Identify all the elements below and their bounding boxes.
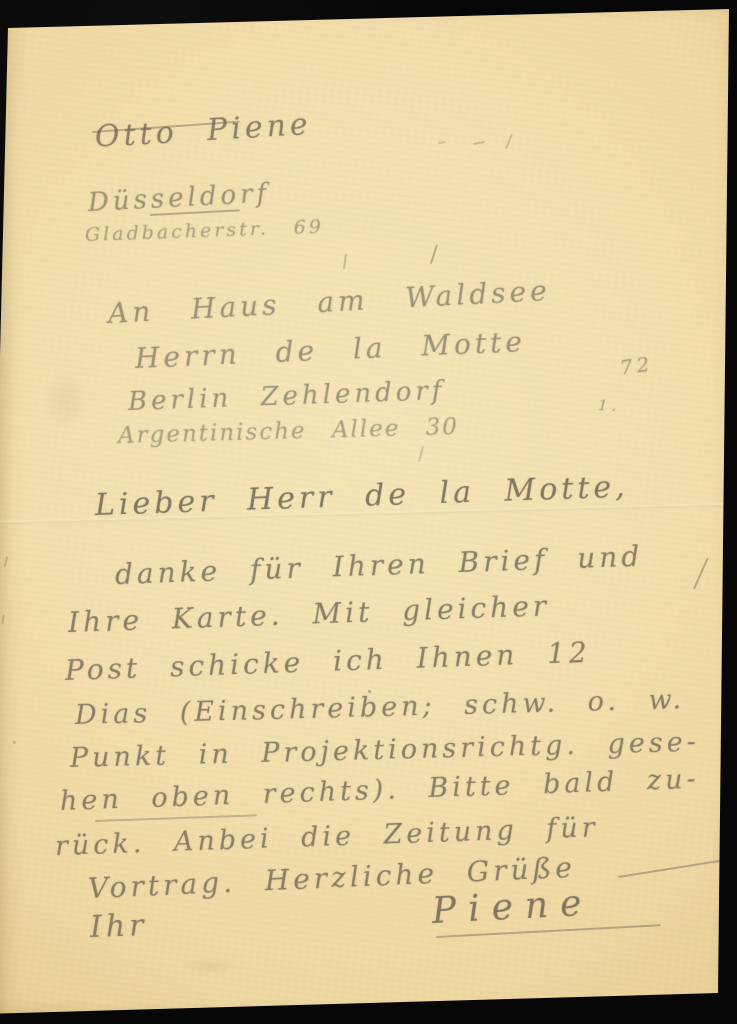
recipient-city: Berlin Zehlendorf	[127, 376, 445, 417]
red-ink-speck	[363, 14, 366, 15]
red-ink-speck	[298, 13, 303, 15]
red-ink-speck	[452, 9, 455, 11]
faint-pencil-mark: 1.	[597, 396, 621, 416]
body-line: Ihre Karte. Mit gleicher	[67, 589, 550, 639]
body-line: Dias (Einschreiben; schw. o. w.	[75, 684, 686, 731]
red-ink-speck	[478, 12, 483, 14]
recipient-street: Argentinische Allee 30	[118, 414, 460, 449]
red-ink-speck	[318, 15, 321, 17]
red-ink-speck	[640, 6, 644, 8]
stray-pencil-dot	[368, 690, 371, 693]
pencil-flourish	[693, 557, 709, 589]
closing-line: Ihr	[89, 908, 148, 945]
stray-pencil-mark	[4, 556, 9, 567]
stray-pencil-mark	[343, 254, 347, 269]
pencil-flourish	[618, 859, 725, 878]
sender-name: Otto Piene	[94, 107, 313, 155]
stray-pencil-mark	[505, 134, 513, 150]
red-ink-speck	[345, 11, 349, 13]
stray-pencil-mark	[13, 741, 16, 744]
body-line: Post schicke ich Ihnen 12	[64, 636, 591, 687]
paper-smudge	[40, 370, 90, 430]
stray-pencil-mark	[473, 141, 485, 145]
faint-pencil-mark: 72	[618, 351, 654, 379]
body-line: danke für Ihren Brief und	[114, 540, 643, 591]
signature: Piene	[431, 883, 594, 932]
recipient-name: Herrn de la Motte	[134, 325, 526, 375]
paper-sheet: Otto Piene Düsseldorf Gladbacherstr. 69 …	[0, 0, 737, 1024]
sender-street: Gladbacherstr. 69	[85, 216, 325, 246]
red-ink-speck	[420, 12, 424, 14]
pencil-underline	[95, 814, 257, 822]
scanned-letter-photo: Otto Piene Düsseldorf Gladbacherstr. 69 …	[0, 0, 737, 1024]
paper-smudge	[180, 958, 240, 974]
recipient-institution: An Haus am Waldsee	[107, 274, 551, 330]
stray-pencil-mark	[438, 141, 446, 144]
stray-pencil-mark	[418, 446, 424, 462]
red-ink-speck	[560, 8, 563, 10]
stray-pencil-mark	[430, 244, 438, 264]
red-ink-speck	[100, 17, 104, 19]
stray-pencil-mark	[1, 614, 5, 624]
